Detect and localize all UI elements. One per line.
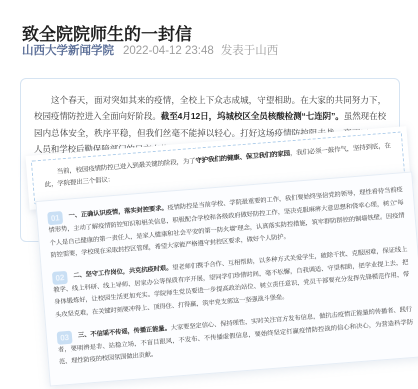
account-name-link[interactable]: 山西大学新闻学院 [22, 45, 114, 57]
byline: 山西大学新闻学院2022-04-12 23:48发表于山西 [22, 44, 402, 59]
notice-text-bold: 守护我们的健康、保卫我们的家园 [195, 150, 290, 164]
number-badge-02: 02 [52, 271, 68, 285]
wechat-article-page: { "header": { "title": "致全院院师生的一封信", "ac… [0, 0, 418, 389]
proposals-card: 01一、正确认识疫情，落实封控要求。疫情防控是当前学校、学院最重要的工作，我们要… [35, 171, 418, 386]
proposal-2-lead: 二、坚守工作岗位，共克抗疫时艰。 [73, 264, 173, 279]
publish-location: 发表于山西 [221, 45, 279, 57]
proposal-1-lead: 一、正确认识疫情，落实封控要求。 [68, 205, 168, 220]
intro-text-bold: 截至4月12日，坞城校区全员核酸检测“七连阴”。 [161, 111, 344, 121]
notice-text-pre: 当前，校园疫情防控已进入到最关键的阶段，为了 [57, 158, 196, 176]
proposal-3-lead: 三、不信谣不传谣，传播正能量。 [78, 324, 171, 338]
number-badge-01: 01 [47, 211, 63, 225]
number-badge-03: 03 [57, 330, 73, 344]
publish-timestamp: 2022-04-12 23:48 [123, 45, 214, 57]
